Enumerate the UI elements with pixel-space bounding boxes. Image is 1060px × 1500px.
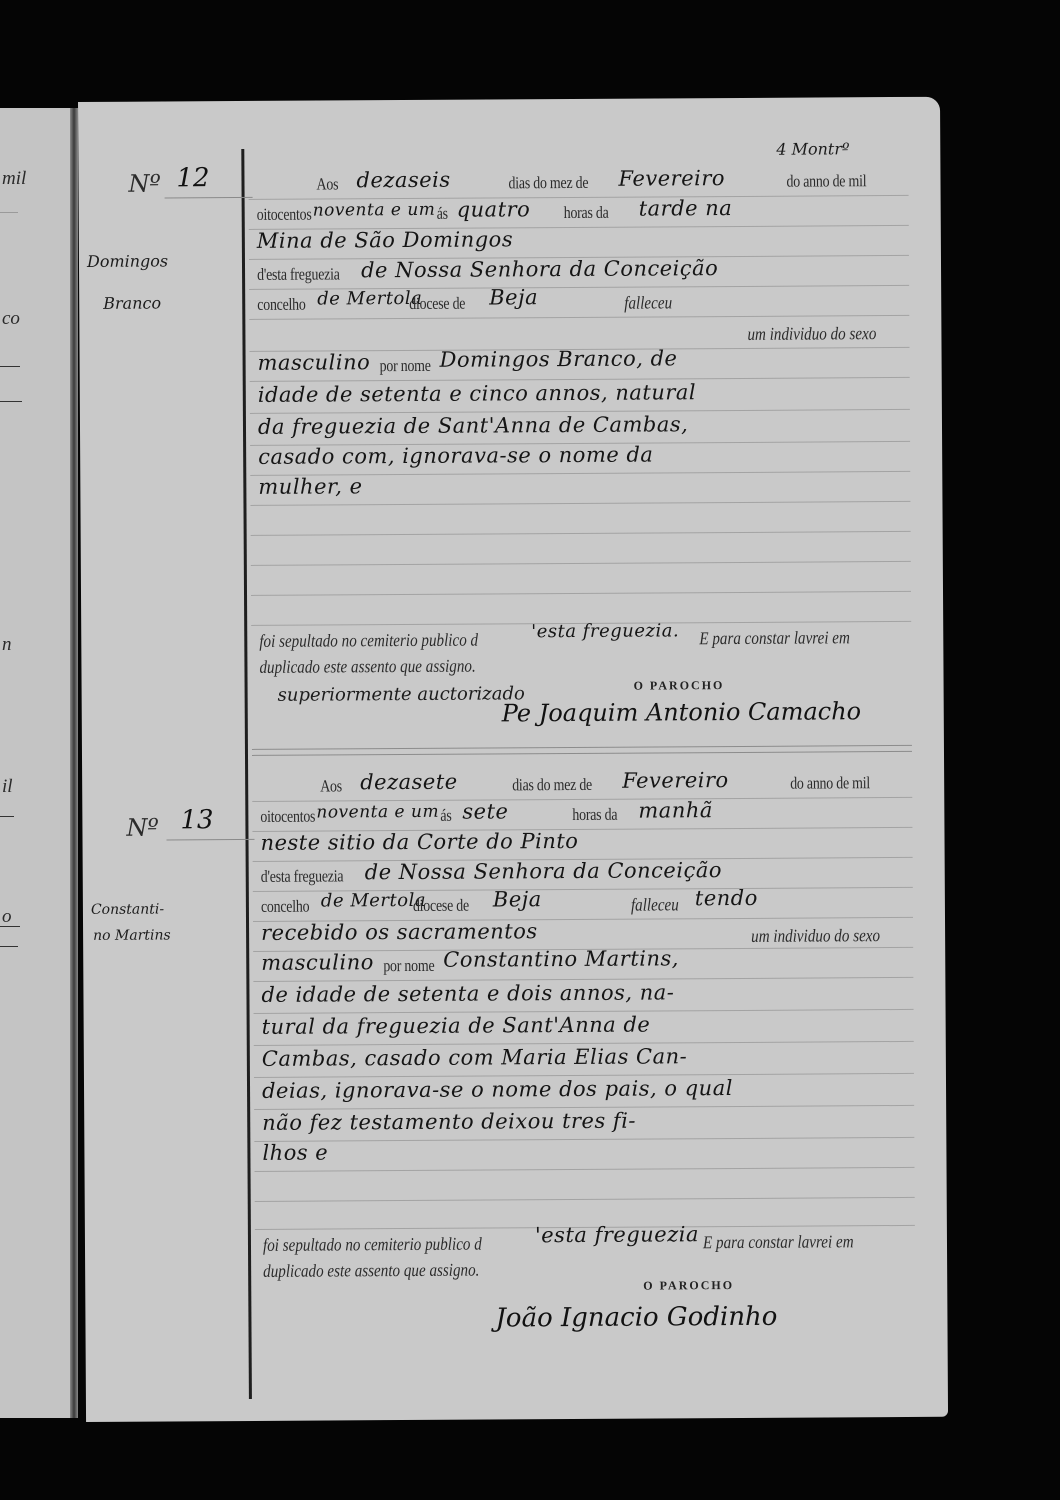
- handwritten-diocese: Beja: [489, 285, 538, 309]
- margin-name: Branco: [103, 293, 161, 312]
- print-text: ás: [440, 806, 451, 826]
- handwritten-parish: de Nossa Senhora da Conceição: [361, 256, 718, 282]
- entry-number-label: Nº: [126, 814, 158, 842]
- left-page-fragment: mil: [2, 168, 26, 190]
- burial-text: duplicado este assento que assigno.: [263, 1260, 479, 1282]
- handwritten-deceased-name: Domingos Branco, de: [440, 346, 678, 371]
- print-text: diocese de: [413, 896, 469, 916]
- print-text: por nome: [383, 956, 434, 976]
- left-page-fragment: o: [2, 906, 12, 928]
- handwritten-note: superiormente auctorizado: [278, 683, 525, 706]
- print-text: um individuo do sexo: [751, 925, 880, 947]
- handwritten-text: Cambas, casado com Maria Elias Can-: [262, 1044, 687, 1071]
- handwritten-hour: quatro: [457, 197, 531, 221]
- margin-name: Domingos: [87, 251, 168, 270]
- print-text: falleceu: [624, 292, 672, 313]
- handwritten-text: de idade de setenta e dois annos, na-: [261, 980, 674, 1007]
- print-text: Aos: [320, 776, 342, 796]
- print-text: d'esta freguezia: [261, 866, 344, 887]
- burial-text: duplicado este assento que assigno.: [259, 656, 475, 678]
- burial-text: E para constar lavrei em: [699, 627, 850, 649]
- handwritten-text: casado com, ignorava-se o nome da: [258, 442, 653, 468]
- ruled-line: [251, 531, 911, 536]
- entry-13: Nº 13 Constanti- no Martins Aos dezasete…: [78, 97, 940, 102]
- handwritten-day: dezasete: [360, 770, 458, 795]
- margin-name: no Martins: [93, 927, 171, 943]
- handwritten-text: tarde na: [639, 196, 733, 221]
- handwritten-text: mulher, e: [258, 474, 362, 499]
- handwritten-text: da freguezia de Sant'Anna de Cambas,: [258, 412, 688, 439]
- burial-text: foi sepultado no cemiterio publico d: [263, 1234, 482, 1256]
- left-page-rule: [0, 401, 22, 402]
- print-text: falleceu: [631, 894, 679, 915]
- handwritten-place: Mina de São Domingos: [257, 227, 513, 253]
- margin-note: 4 Montrº: [776, 139, 849, 158]
- handwritten-council: de Mertola: [317, 288, 422, 310]
- entry-separator: [252, 745, 912, 756]
- handwritten-text: não fez testamento deixou tres fi-: [262, 1109, 636, 1135]
- number-underline: [167, 839, 255, 841]
- handwritten-sex: masculino: [258, 350, 371, 375]
- handwritten-year: noventa e um: [313, 200, 436, 221]
- handwritten-cemetery: 'esta freguezia: [535, 1222, 699, 1247]
- print-text: concelho: [261, 897, 309, 917]
- left-page-rule: [0, 946, 18, 947]
- priest-signature: Pe Joaquim Antonio Camacho: [502, 697, 862, 727]
- print-text: diocese de: [409, 294, 465, 314]
- ruled-line: [255, 1197, 915, 1202]
- handwritten-cemetery: 'esta freguezia.: [531, 620, 679, 642]
- left-page-fragment: n: [2, 634, 12, 656]
- entry-number-label: Nº: [128, 169, 160, 197]
- print-text: ás: [437, 204, 448, 224]
- print-text: do anno de mil: [790, 773, 870, 793]
- handwritten-text: tural da freguezia de Sant'Anna de: [262, 1013, 651, 1039]
- left-page-rule: [0, 366, 20, 367]
- handwritten-text: recebido os sacramentos: [261, 919, 538, 945]
- burial-text: E para constar lavrei em: [703, 1231, 854, 1253]
- number-underline: [165, 197, 253, 199]
- print-text: oitocentos: [257, 205, 312, 225]
- print-text: Aos: [316, 174, 338, 194]
- ruled-line: [251, 591, 911, 596]
- handwritten-text: lhos e: [262, 1140, 328, 1164]
- left-facing-page: mil co n il o: [0, 108, 74, 1418]
- left-page-rule: [0, 212, 18, 213]
- left-page-rule: [0, 816, 14, 817]
- print-text: concelho: [257, 295, 305, 315]
- print-text: d'esta freguezia: [257, 264, 340, 285]
- ruled-line: [251, 561, 911, 566]
- handwritten-deceased-name: Constantino Martins,: [443, 946, 679, 971]
- handwritten-council: de Mertola: [321, 890, 426, 912]
- burial-text: foi sepultado no cemiterio publico d: [259, 630, 478, 652]
- margin-name: Constanti-: [91, 901, 164, 917]
- handwritten-text: tendo: [695, 886, 758, 910]
- ruled-line: [255, 1167, 915, 1172]
- ruled-line: [249, 195, 909, 200]
- parocho-label: O PAROCHO: [643, 1278, 734, 1294]
- ruled-line: [252, 797, 912, 802]
- handwritten-day: dezaseis: [356, 168, 450, 193]
- margin-rule: [241, 149, 252, 1399]
- handwritten-month: Fevereiro: [618, 166, 725, 191]
- print-text: do anno de mil: [786, 171, 866, 191]
- print-text: um individuo do sexo: [747, 323, 876, 345]
- register-page: 4 Montrº Nº 12 Domingos Branco Aos dezas…: [78, 97, 948, 1422]
- handwritten-sex: masculino: [261, 950, 374, 975]
- priest-signature: João Ignacio Godinho: [495, 1302, 777, 1334]
- parocho-label: O PAROCHO: [634, 678, 725, 694]
- print-text: dias do mez de: [508, 173, 588, 193]
- ruled-line: [254, 1137, 914, 1142]
- entry-number: 13: [180, 805, 213, 835]
- handwritten-text: idade de setenta e cinco annos, natural: [258, 380, 696, 407]
- handwritten-year: noventa e um: [316, 802, 439, 823]
- handwritten-text: manhã: [638, 798, 713, 822]
- left-page-rule: [0, 926, 20, 927]
- ruled-line: [250, 501, 910, 506]
- print-text: horas da: [572, 805, 617, 825]
- entry-number: 12: [176, 163, 209, 193]
- print-text: oitocentos: [260, 807, 315, 827]
- entry-12: Nº 12 Domingos Branco Aos dezaseis dias …: [78, 97, 940, 102]
- left-page-fragment: co: [2, 308, 20, 330]
- handwritten-parish: de Nossa Senhora da Conceição: [365, 858, 722, 884]
- handwritten-place: neste sitio da Corte do Pinto: [260, 829, 578, 855]
- book-gutter: [70, 108, 78, 1418]
- print-text: dias do mez de: [512, 775, 592, 795]
- handwritten-diocese: Beja: [493, 887, 542, 911]
- left-page-fragment: il: [2, 776, 13, 798]
- print-text: por nome: [380, 356, 431, 376]
- ruled-line: [249, 315, 909, 320]
- handwritten-month: Fevereiro: [622, 768, 729, 793]
- handwritten-text: deias, ignorava-se o nome dos pais, o qu…: [262, 1076, 733, 1103]
- handwritten-hour: sete: [462, 799, 508, 823]
- print-text: horas da: [564, 203, 609, 223]
